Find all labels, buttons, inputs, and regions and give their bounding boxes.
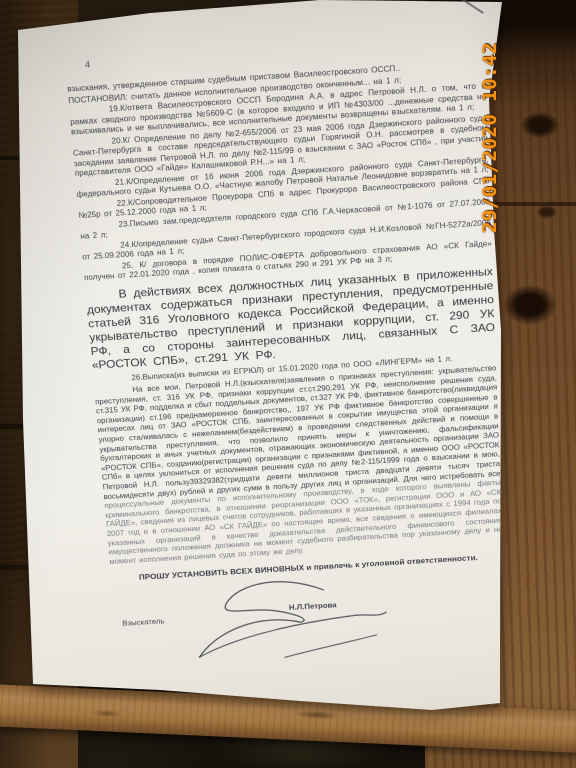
narrative-part-1: На все мои, Петровой Н.Л.(взыскателя)зая… — [95, 364, 501, 501]
photo-of-document: 4 взыскания, утвержденное старшим судебн… — [0, 0, 576, 768]
camera-timestamp: 29/01/2020 10:42 — [479, 42, 501, 233]
signature-block: Взыскатель Н.Л.Петрова — [113, 581, 506, 648]
signature-scribble — [140, 573, 405, 670]
document-text: 4 взыскания, утвержденное старшим судебн… — [65, 35, 506, 649]
narrative-paragraph: На все мои, Петровой Н.Л.(взыскателя)зая… — [94, 364, 503, 567]
